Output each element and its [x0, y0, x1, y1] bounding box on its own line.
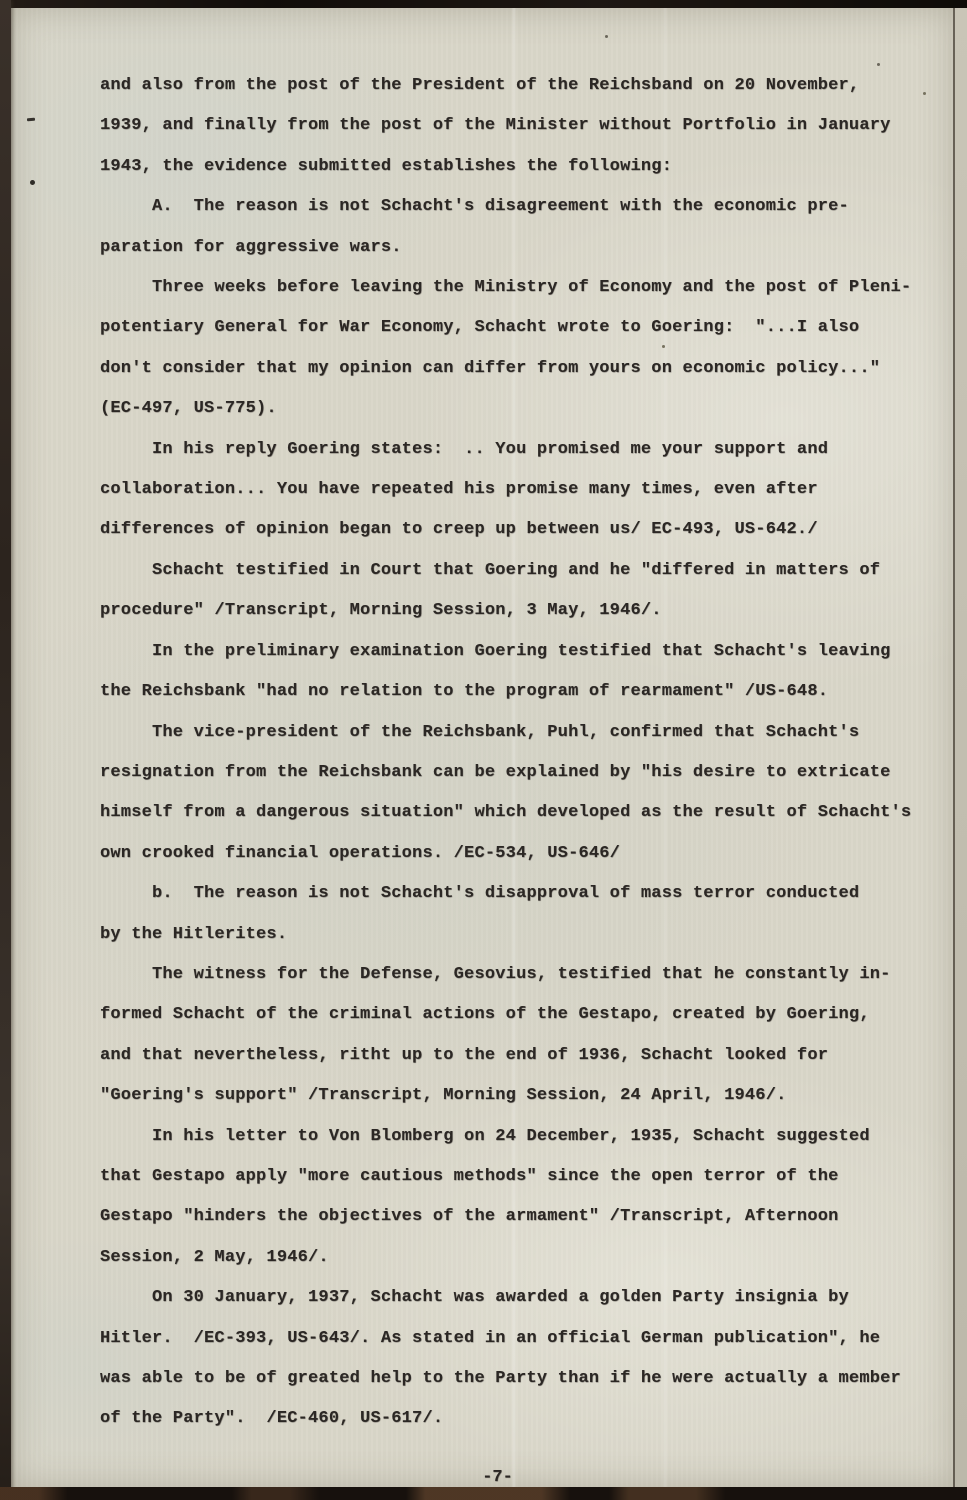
text-line: (EC-497, US-775). [100, 389, 930, 429]
text-line: "Goering's support" /Transcript, Morning… [100, 1076, 930, 1116]
margin-dash-mark [27, 118, 35, 122]
text-line: and also from the post of the President … [100, 66, 930, 106]
text-line: was able to be of greated help to the Pa… [100, 1359, 930, 1399]
text-line: of the Party". /EC-460, US-617/. [100, 1399, 930, 1439]
text-line: In his letter to Von Blomberg on 24 Dece… [100, 1117, 930, 1157]
page-number: -7- [14, 1468, 967, 1487]
scan-speck [877, 63, 880, 66]
text-line: Gestapo "hinders the objectives of the a… [100, 1197, 930, 1237]
text-line: In the preliminary examination Goering t… [100, 632, 930, 672]
document-body-text: and also from the post of the President … [100, 66, 930, 1440]
text-line: resignation from the Reichsbank can be e… [100, 753, 930, 793]
text-line: The witness for the Defense, Gesovius, t… [100, 955, 930, 995]
text-line: procedure" /Transcript, Morning Session,… [100, 591, 930, 631]
scan-edge-right [953, 8, 967, 1487]
scan-edge-bottom [0, 1487, 967, 1500]
text-line: b. The reason is not Schacht's disapprov… [100, 874, 930, 914]
scan-speck [605, 35, 608, 38]
text-line: 1939, and finally from the post of the M… [100, 106, 930, 146]
text-line: Schacht testified in Court that Goering … [100, 551, 930, 591]
text-line: In his reply Goering states: .. You prom… [100, 430, 930, 470]
text-line: don't consider that my opinion can diffe… [100, 349, 930, 389]
text-line: collaboration... You have repeated his p… [100, 470, 930, 510]
text-line: The vice-president of the Reichsbank, Pu… [100, 713, 930, 753]
text-line: formed Schacht of the criminal actions o… [100, 995, 930, 1035]
scan-speck [923, 92, 926, 95]
scan-edge-top [0, 0, 967, 8]
text-line: paration for aggressive wars. [100, 228, 930, 268]
text-line: own crooked financial operations. /EC-53… [100, 834, 930, 874]
text-line: Hitler. /EC-393, US-643/. As stated in a… [100, 1319, 930, 1359]
text-line: himself from a dangerous situation" whic… [100, 793, 930, 833]
scan-speck [662, 345, 665, 348]
margin-dot-mark [30, 180, 35, 185]
text-line: A. The reason is not Schacht's disagreem… [100, 187, 930, 227]
text-line: On 30 January, 1937, Schacht was awarded… [100, 1278, 930, 1318]
text-line: the Reichsbank "had no relation to the p… [100, 672, 930, 712]
text-line: differences of opinion began to creep up… [100, 510, 930, 550]
scan-edge-left [0, 0, 11, 1500]
text-line: 1943, the evidence submitted establishes… [100, 147, 930, 187]
text-line: Three weeks before leaving the Ministry … [100, 268, 930, 308]
text-line: and that nevertheless, ritht up to the e… [100, 1036, 930, 1076]
text-line: by the Hitlerites. [100, 915, 930, 955]
text-line: Session, 2 May, 1946/. [100, 1238, 930, 1278]
text-line: that Gestapo apply "more cautious method… [100, 1157, 930, 1197]
text-line: potentiary General for War Economy, Scha… [100, 308, 930, 348]
